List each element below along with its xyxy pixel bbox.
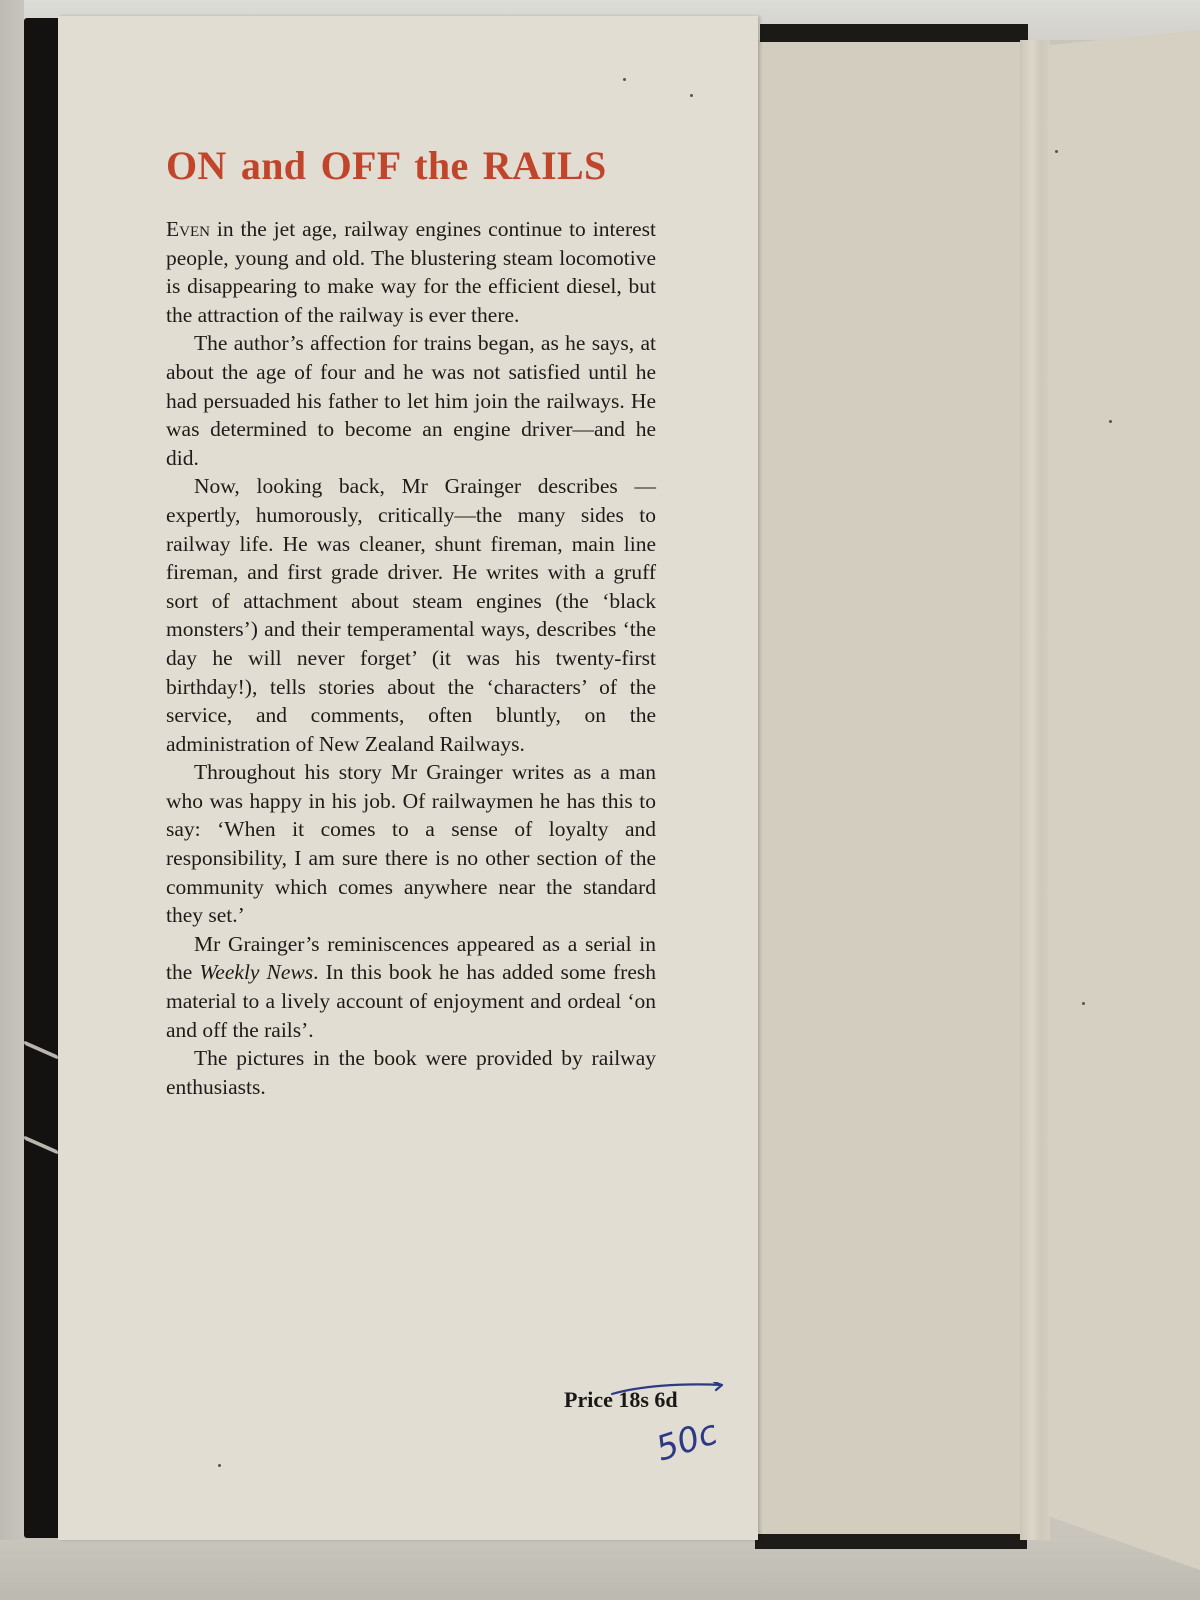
book-title: ON and OFF the RAILS [166,142,656,189]
book-board-bottom-edge [755,1533,1027,1549]
paragraph-text: in the jet age, railway engines continue… [166,217,656,327]
background-left [0,0,24,1600]
blurb-paragraph-4: Throughout his story Mr Grainger writes … [166,758,656,930]
handwritten-price: 50c [651,1412,722,1469]
flap-text-block: ON and OFF the RAILS Even in the jet age… [166,142,656,1101]
dust-jacket-flap: ON and OFF the RAILS Even in the jet age… [58,16,758,1540]
endpaper [758,42,1020,1534]
blurb-paragraph-2: The author’s affection for trains began,… [166,329,656,472]
spine-scuff [24,1135,58,1154]
book-spine [24,18,58,1538]
paper-speck [1109,420,1112,423]
book-hinge [1020,40,1050,1540]
paper-speck [1082,1002,1085,1005]
facing-page [1048,30,1200,1570]
blurb-paragraph-6: The pictures in the book were provided b… [166,1044,656,1101]
paper-speck [690,94,693,97]
paper-speck [623,78,626,81]
blurb-paragraph-1: Even in the jet age, railway engines con… [166,215,656,329]
book-board-top-edge [760,24,1028,42]
publication-name: Weekly News [199,960,313,984]
pen-strikethrough-icon [610,1382,728,1396]
blurb-paragraph-3: Now, looking back, Mr Grainger describes… [166,472,656,758]
paper-speck [218,1464,221,1467]
paper-speck [1055,150,1058,153]
lead-word: Even [166,217,210,241]
spine-scuff [24,1040,58,1059]
blurb-paragraph-5: Mr Grainger’s reminiscences appeared as … [166,930,656,1044]
background-table [0,1540,1200,1600]
